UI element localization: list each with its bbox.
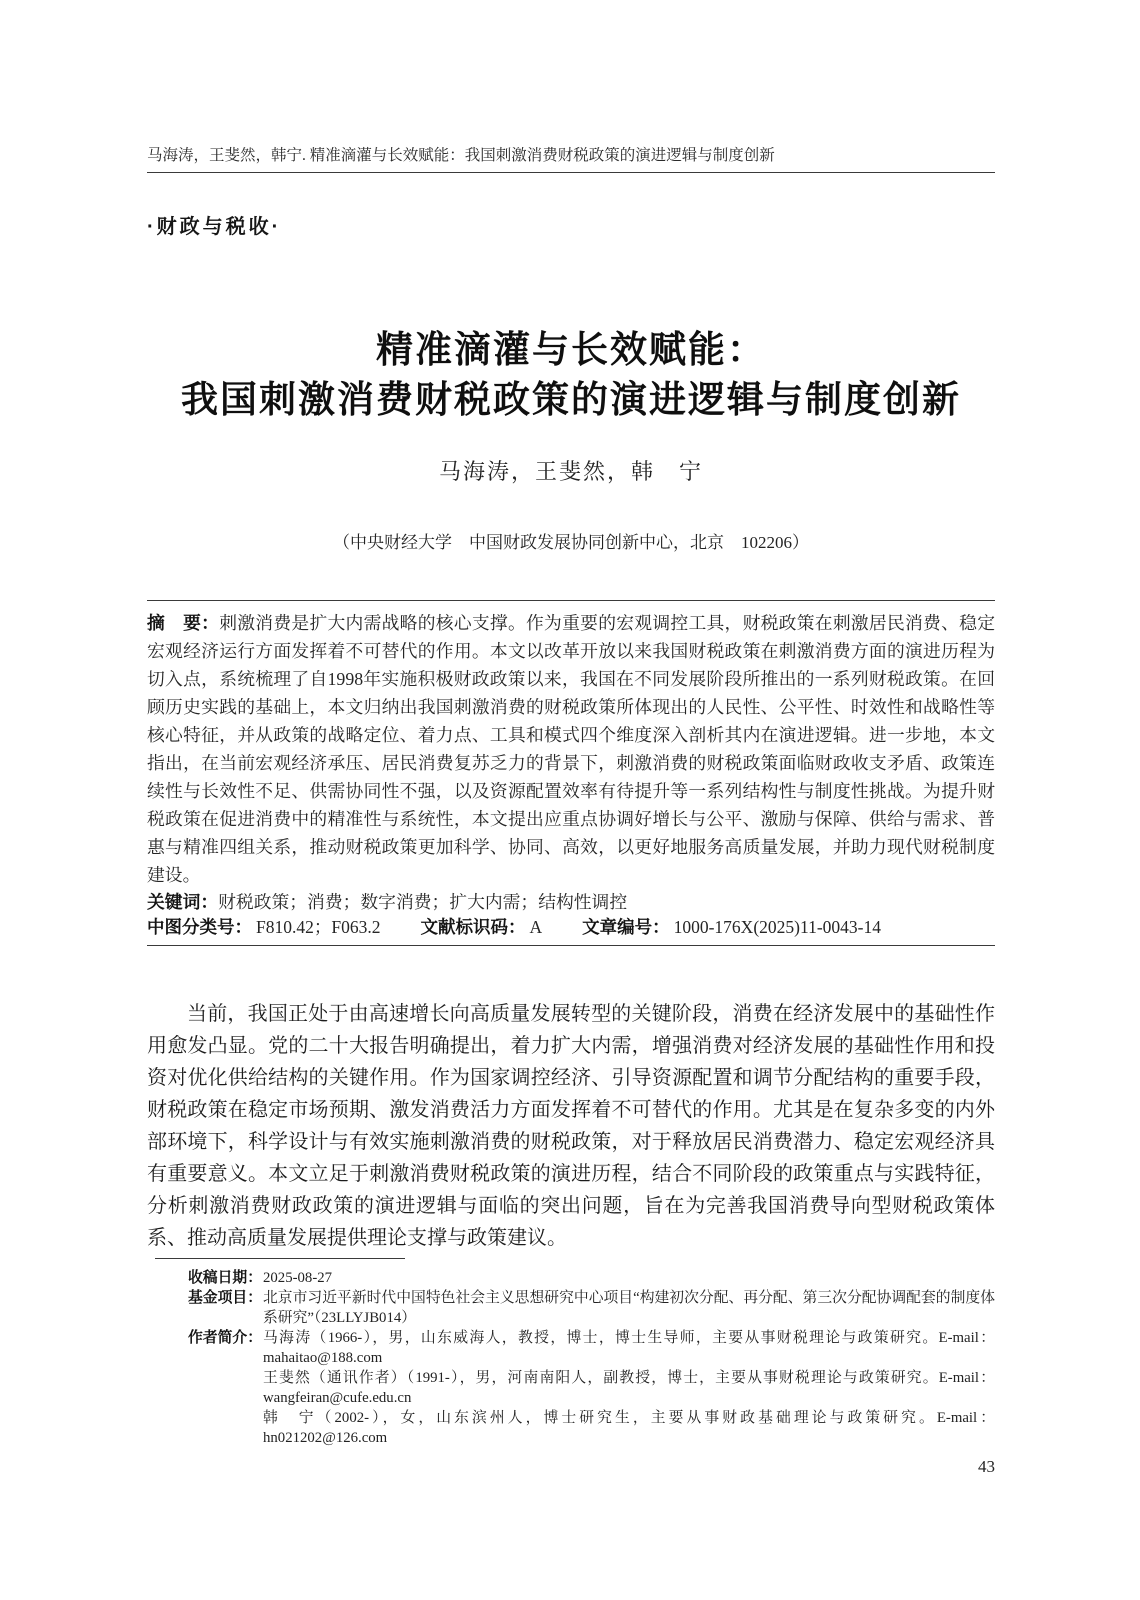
keywords-text: 财税政策；消费；数字消费；扩大内需；结构性调控 — [218, 892, 627, 912]
authors-line: 马海涛，王斐然，韩 宁 — [147, 457, 995, 487]
abstract-box: 摘 要：刺激消费是扩大内需战略的核心支撑。作为重要的宏观调控工具，财税政策在刺激… — [147, 600, 995, 946]
doc-code-label: 文献标识码： — [420, 917, 525, 937]
author-bio-3: 韩 宁（2002-），女，山东滨州人，博士研究生，主要从事财政基础理论与政策研究… — [263, 1408, 995, 1448]
author-bio-1: 马海涛（1966-），男，山东威海人，教授，博士，博士生导师，主要从事财税理论与… — [263, 1328, 995, 1368]
affiliation: （中央财经大学 中国财政发展协同创新中心，北京 102206） — [147, 531, 995, 555]
footnote-separator — [155, 1258, 405, 1259]
article-id-value: 1000-176X(2025)11-0043-14 — [674, 917, 881, 937]
classification-line: 中图分类号：F810.42；F063.2文献标识码：A文章编号：1000-176… — [147, 915, 995, 940]
abstract-text: 刺激消费是扩大内需战略的核心支撑。作为重要的宏观调控工具，财税政策在刺激居民消费… — [147, 613, 995, 885]
page-number: 43 — [147, 1456, 995, 1478]
keywords-label: 关键词： — [147, 892, 218, 912]
received-date-row: 收稿日期： 2025-08-27 — [188, 1268, 995, 1288]
keywords: 关键词：财税政策；消费；数字消费；扩大内需；结构性调控 — [147, 890, 995, 915]
doc-code-value: A — [529, 917, 542, 937]
received-date-value: 2025-08-27 — [263, 1268, 995, 1288]
article-id-label: 文章编号： — [582, 917, 670, 937]
author-bio-row: 作者简介： 马海涛（1966-），男，山东威海人，教授，博士，博士生导师，主要从… — [188, 1328, 995, 1448]
body-paragraph: 当前，我国正处于由高速增长向高质量发展转型的关键阶段，消费在经济发展中的基础性作… — [147, 998, 995, 1254]
author-bio-label: 作者简介： — [188, 1328, 263, 1348]
clc-label: 中图分类号： — [147, 917, 252, 937]
footnote-block: 收稿日期： 2025-08-27 基金项目： 北京市习近平新时代中国特色社会主义… — [147, 1268, 995, 1448]
fund-value: 北京市习近平新时代中国特色社会主义思想研究中心项目“构建初次分配、再分配、第三次… — [263, 1288, 995, 1328]
fund-label: 基金项目： — [188, 1288, 263, 1308]
section-label: ·财政与税收· — [147, 215, 995, 239]
abstract: 摘 要：刺激消费是扩大内需战略的核心支撑。作为重要的宏观调控工具，财税政策在刺激… — [147, 609, 995, 889]
footnote-area: 收稿日期： 2025-08-27 基金项目： 北京市习近平新时代中国特色社会主义… — [147, 1258, 995, 1448]
running-head: 马海涛，王斐然，韩宁. 精准滴灌与长效赋能：我国刺激消费财税政策的演进逻辑与制度… — [147, 146, 995, 173]
abstract-label: 摘 要： — [147, 613, 219, 633]
title-line-1: 精准滴灌与长效赋能： — [376, 329, 766, 370]
author-bio-2: 王斐然（通讯作者）（1991-），男，河南南阳人，副教授，博士，主要从事财税理论… — [263, 1368, 995, 1408]
fund-row: 基金项目： 北京市习近平新时代中国特色社会主义思想研究中心项目“构建初次分配、再… — [188, 1288, 995, 1328]
received-date-label: 收稿日期： — [188, 1268, 263, 1288]
article-title: 精准滴灌与长效赋能：我国刺激消费财税政策的演进逻辑与制度创新 — [147, 325, 995, 425]
title-line-2: 我国刺激消费财税政策的演进逻辑与制度创新 — [181, 379, 961, 420]
author-bio-list: 马海涛（1966-），男，山东威海人，教授，博士，博士生导师，主要从事财税理论与… — [263, 1328, 995, 1448]
journal-article-page: 马海涛，王斐然，韩宁. 精准滴灌与长效赋能：我国刺激消费财税政策的演进逻辑与制度… — [0, 0, 1140, 1600]
clc-value: F810.42；F063.2 — [256, 917, 380, 937]
